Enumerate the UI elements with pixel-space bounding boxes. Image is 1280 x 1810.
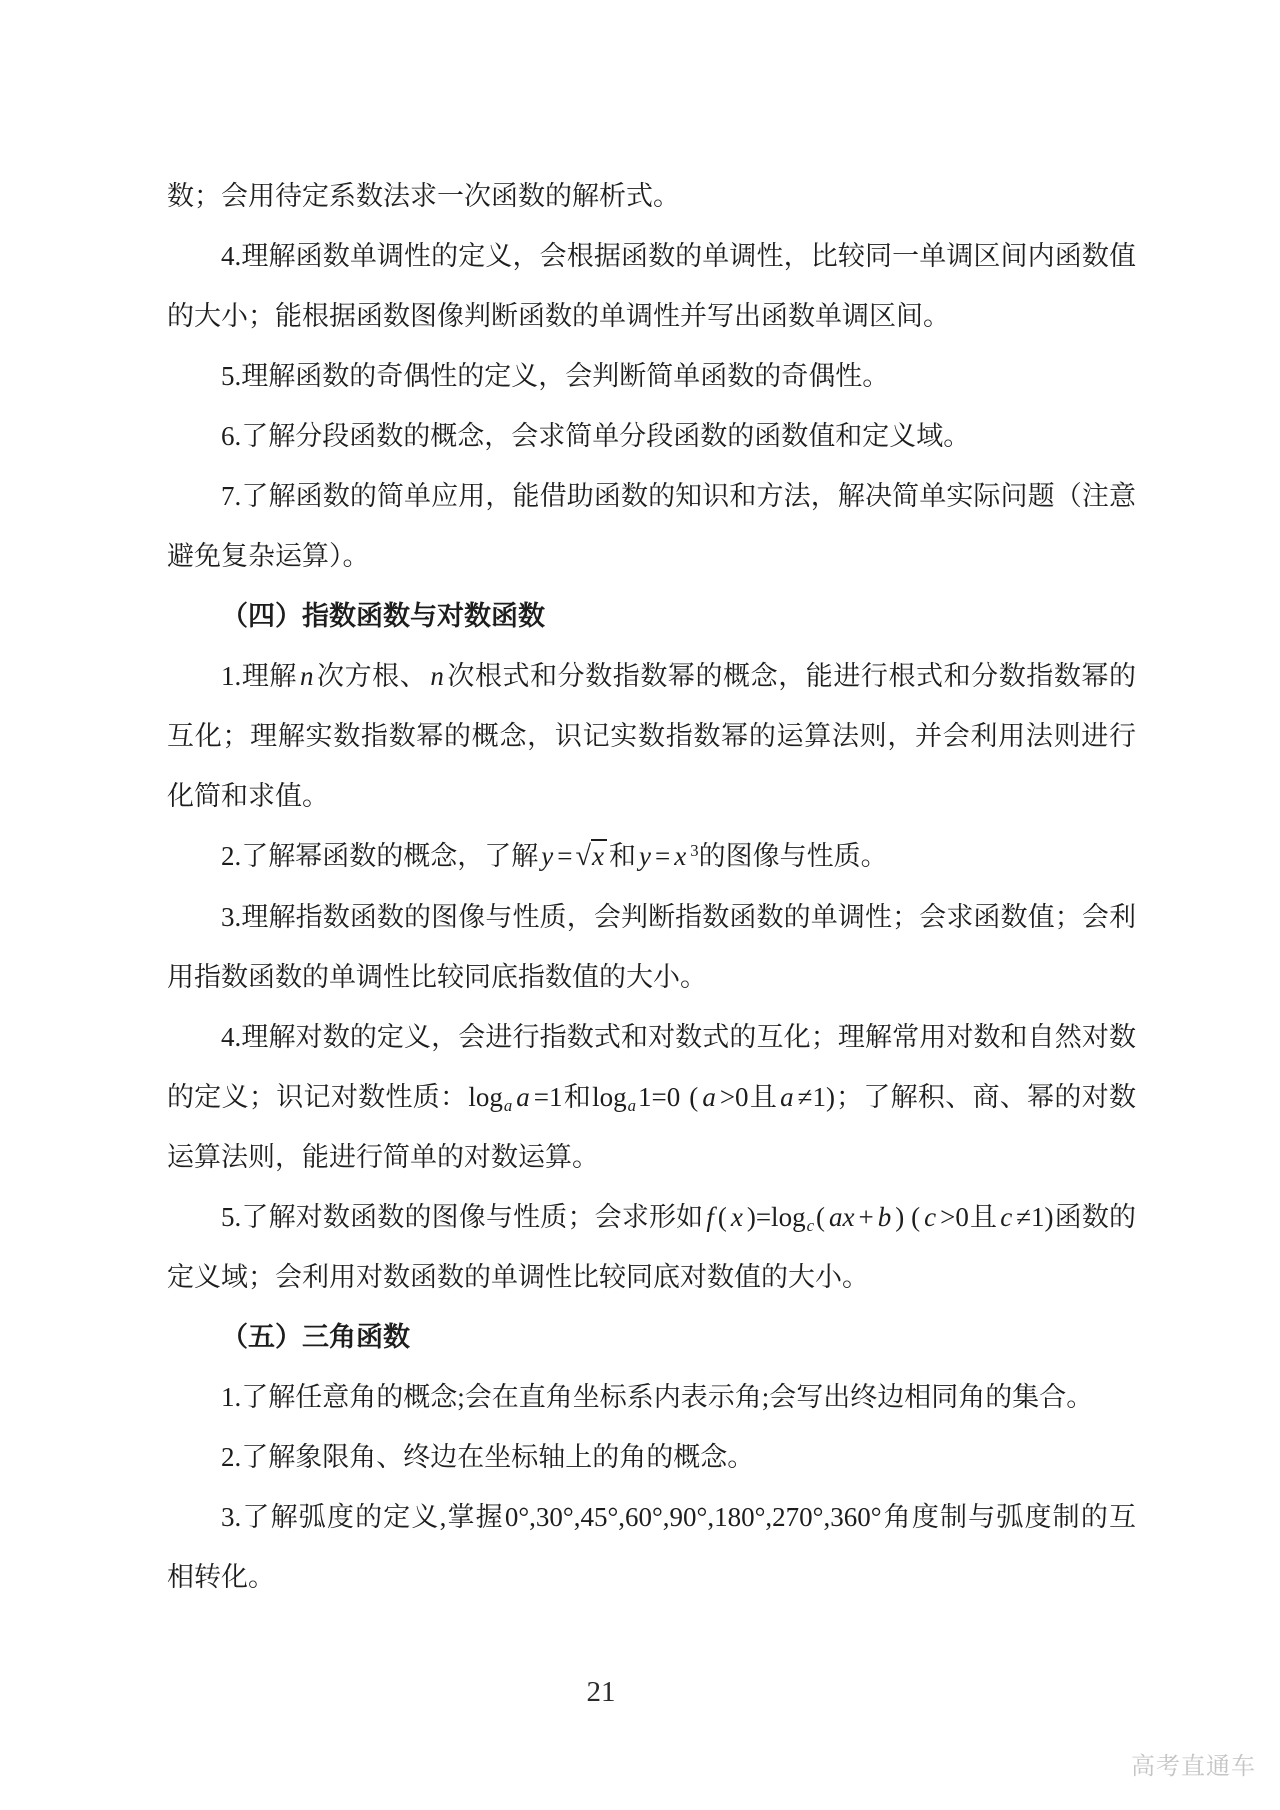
text-segment: 次方根、 [316, 661, 427, 691]
math-roman: ( [681, 1082, 699, 1112]
math-roman: ≠1) [1015, 1202, 1054, 1232]
paragraph-p6: 2.了解幂函数的概念，了解y=√x和y=x3的图像与性质。 [167, 826, 1136, 887]
paragraph-p2: 5.理解函数的奇偶性的定义，会判断简单函数的奇偶性。 [167, 346, 1136, 406]
text-segment: 5.理解函数的奇偶性的定义，会判断简单函数的奇偶性。 [221, 361, 889, 391]
math-roman: ( [717, 1202, 728, 1232]
math-variable: n [297, 661, 317, 691]
math-roman: = [556, 841, 573, 871]
text-segment: 且 [970, 1202, 997, 1232]
text-segment: 2.了解象限角、终边在坐标轴上的角的概念。 [221, 1442, 754, 1472]
math-roman: log [467, 1082, 504, 1112]
math-roman: 0°,30°,45°,60°,90°,180°,270°,360° [504, 1502, 883, 1532]
math-roman: = [654, 841, 671, 871]
math-variable: a [777, 1082, 797, 1112]
paragraph-p3: 6.了解分段函数的概念，会求简单分段函数的函数值和定义域。 [167, 406, 1136, 466]
text-segment: 和 [609, 841, 636, 871]
paragraph-p7: 3.理解指数函数的图像与性质，会判断指数函数的单调性；会求函数值；会利用指数函数… [167, 887, 1136, 1007]
page-number: 21 [556, 1672, 646, 1712]
text-segment: 1.了解任意角的概念;会在直角坐标系内表示角;会写出终边相同角的集合。 [221, 1382, 1093, 1412]
math-variable: b [875, 1202, 895, 1232]
text-segment: 且 [750, 1082, 778, 1112]
paragraph-p10: 1.了解任意角的概念;会在直角坐标系内表示角;会写出终边相同角的集合。 [167, 1367, 1136, 1427]
paragraph-p11: 2.了解象限角、终边在坐标轴上的角的概念。 [167, 1427, 1136, 1487]
math-sqrt: √x [573, 841, 609, 871]
text-segment: 2.了解幂函数的概念，了解 [221, 841, 538, 871]
text-segment: （五）三角函数 [221, 1322, 410, 1352]
paragraph-p5: 1.理解n次方根、n次根式和分数指数幂的概念，能进行根式和分数指数幂的互化；理解… [167, 646, 1136, 826]
text-segment: 7.了解函数的简单应用，能借助函数的知识和方法，解决简单实际问题（注意避免复杂运… [167, 481, 1136, 571]
text-segment: （四）指数函数与对数函数 [221, 601, 545, 631]
text-segment: 4.理解函数单调性的定义，会根据函数的单调性，比较同一单调区间内函数值的大小；能… [167, 241, 1136, 331]
math-variable: f [703, 1202, 717, 1232]
math-roman: )=log [746, 1202, 807, 1232]
paragraph-p8: 4.理解对数的定义，会进行指数式和对数式的互化；理解常用对数和自然对数的定义；识… [167, 1007, 1136, 1187]
section-heading-h2: （五）三角函数 [167, 1307, 1136, 1367]
watermark-text: 高考直通车 [1131, 1751, 1256, 1783]
math-variable: n [427, 661, 447, 691]
math-roman: log [591, 1082, 628, 1112]
math-variable: a [513, 1082, 533, 1112]
math-variable: y [636, 841, 654, 871]
text-segment: 和 [564, 1082, 592, 1112]
document-page: 数；会用待定系数法求一次函数的解析式。4.理解函数单调性的定义，会根据函数的单调… [0, 0, 1280, 1810]
math-superscript: 3 [689, 841, 698, 860]
math-variable: ax [826, 1202, 857, 1232]
math-variable: x [728, 1202, 746, 1232]
math-variable: a [699, 1082, 719, 1112]
math-roman: =1 [533, 1082, 564, 1112]
math-subscript: a [504, 1096, 513, 1115]
paragraph-p0: 数；会用待定系数法求一次函数的解析式。 [167, 166, 1136, 226]
math-roman: + [858, 1202, 875, 1232]
text-segment: 6.了解分段函数的概念，会求简单分段函数的函数值和定义域。 [221, 421, 970, 451]
math-roman: ≠1) [797, 1082, 836, 1112]
paragraph-p12: 3.了解弧度的定义,掌握0°,30°,45°,60°,90°,180°,270°… [167, 1487, 1136, 1607]
paragraph-p4: 7.了解函数的简单应用，能借助函数的知识和方法，解决简单实际问题（注意避免复杂运… [167, 466, 1136, 586]
math-subscript: a [628, 1096, 637, 1115]
paragraph-p1: 4.理解函数单调性的定义，会根据函数的单调性，比较同一单调区间内函数值的大小；能… [167, 226, 1136, 346]
radical-argument: x [591, 839, 607, 871]
math-variable: c [921, 1202, 939, 1232]
math-variable: x [671, 841, 689, 871]
text-segment: 的图像与性质。 [699, 841, 888, 871]
math-roman: ) ( [894, 1202, 921, 1232]
math-variable: y [538, 841, 556, 871]
text-segment: 3.理解指数函数的图像与性质，会判断指数函数的单调性；会求函数值；会利用指数函数… [167, 902, 1136, 992]
text-segment: 3.了解弧度的定义,掌握 [221, 1502, 504, 1532]
math-subscript: c [807, 1216, 815, 1235]
radical-sign: √ [575, 841, 591, 872]
paragraph-p9: 5.了解对数函数的图像与性质；会求形如f(x)=logc(ax+b) (c>0且… [167, 1187, 1136, 1307]
section-heading-h1: （四）指数函数与对数函数 [167, 586, 1136, 646]
math-roman: >0 [939, 1202, 970, 1232]
text-segment: 1.理解 [221, 661, 297, 691]
math-roman: ( [815, 1202, 826, 1232]
document-body: 数；会用待定系数法求一次函数的解析式。4.理解函数单调性的定义，会根据函数的单调… [167, 166, 1136, 1607]
math-roman: 1=0 [637, 1082, 681, 1112]
math-roman: >0 [719, 1082, 750, 1112]
text-segment: 5.了解对数函数的图像与性质；会求形如 [221, 1202, 703, 1232]
text-segment: 数；会用待定系数法求一次函数的解析式。 [167, 181, 680, 211]
math-variable: c [997, 1202, 1015, 1232]
